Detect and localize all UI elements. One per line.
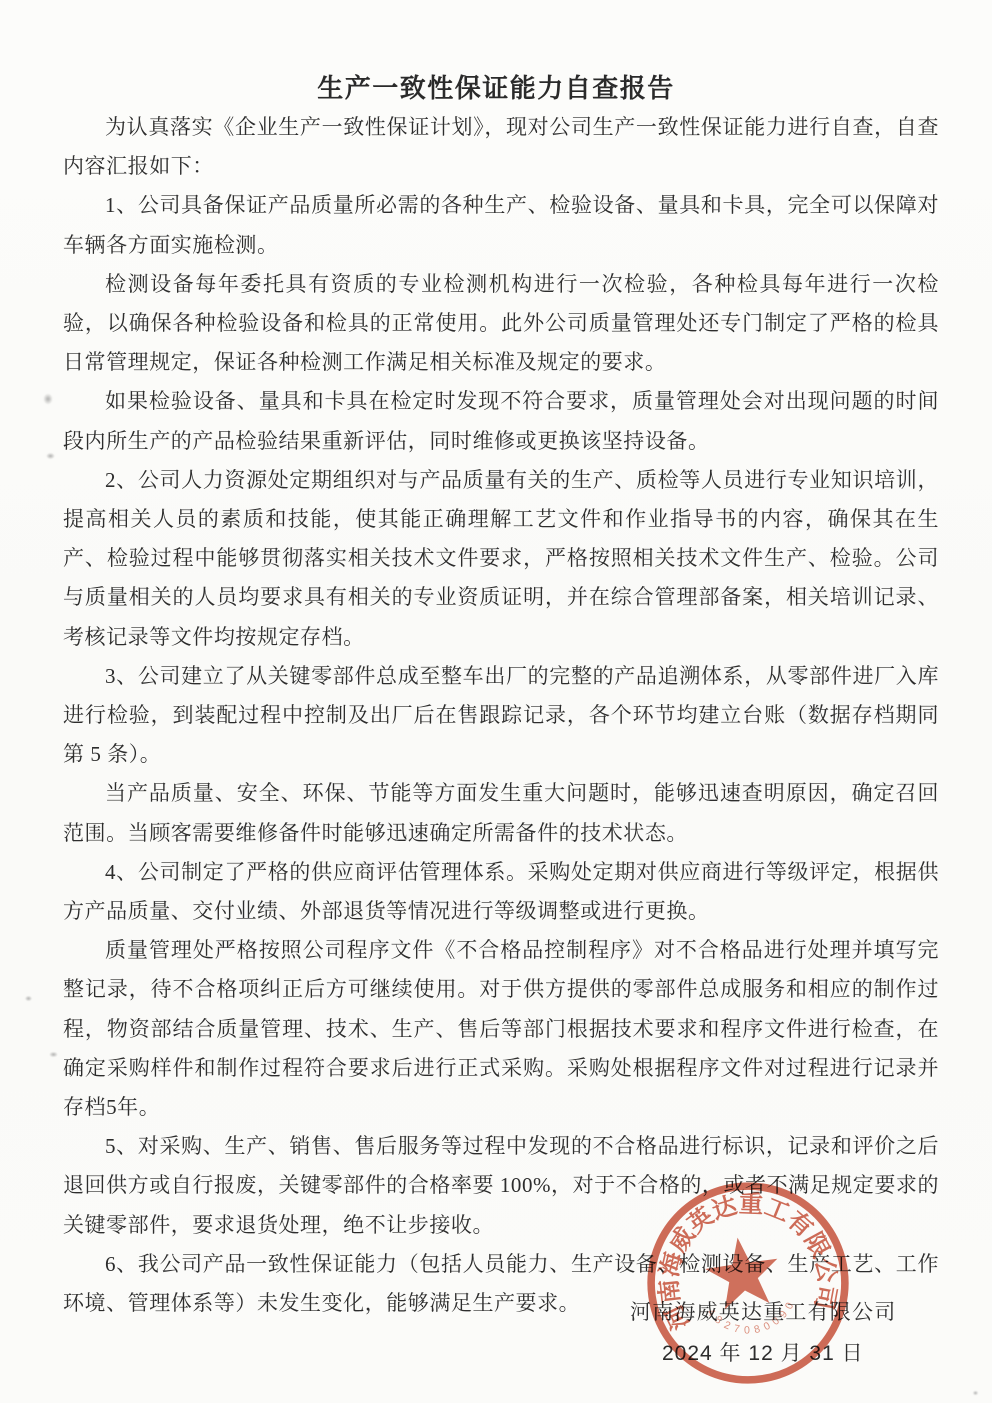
scan-smudge bbox=[972, 1390, 979, 1396]
scan-smudge bbox=[42, 392, 54, 406]
document-title: 生产一致性保证能力自查报告 bbox=[0, 68, 992, 105]
paragraph-item-5: 5、对采购、生产、销售、售后服务等过程中发现的不合格品进行标识，记录和评价之后退… bbox=[63, 1127, 939, 1245]
signature-date: 2024 年 12 月 31 日 bbox=[662, 1337, 864, 1367]
paragraph-item-1b: 如果检验设备、量具和卡具在检定时发现不符合要求，质量管理处会对出现问题的时间段内… bbox=[63, 382, 939, 460]
paragraph-item-3a: 当产品质量、安全、环保、节能等方面发生重大问题时，能够迅速查明原因，确定召回范围… bbox=[63, 774, 939, 852]
scan-smudge bbox=[24, 995, 33, 1002]
paragraph-item-1: 1、公司具备保证产品质量所必需的各种生产、检验设备、量具和卡具，完全可以保障对车… bbox=[63, 186, 939, 264]
scan-smudge bbox=[48, 1051, 59, 1058]
paragraph-item-3: 3、公司建立了从关键零部件总成至整车出厂的完整的产品追溯体系，从零部件进厂入库进… bbox=[63, 657, 939, 775]
paragraph-item-1a: 检测设备每年委托具有资质的专业检测机构进行一次检验，各种检具每年进行一次检验，以… bbox=[63, 265, 939, 383]
paragraph-intro: 为认真落实《企业生产一致性保证计划》，现对公司生产一致性保证能力进行自查，自查内… bbox=[63, 108, 939, 186]
paragraph-item-4: 4、公司制定了严格的供应商评估管理体系。采购处定期对供应商进行等级评定，根据供方… bbox=[63, 853, 939, 931]
document-page: 生产一致性保证能力自查报告 为认真落实《企业生产一致性保证计划》，现对公司生产一… bbox=[0, 0, 992, 1403]
paragraph-item-4a: 质量管理处严格按照公司程序文件《不合格品控制程序》对不合格品进行处理并填写完整记… bbox=[63, 931, 939, 1127]
signature-company-name: 河南海威英达重工有限公司 bbox=[630, 1296, 896, 1326]
paragraph-item-2: 2、公司人力资源处定期组织对与产品质量有关的生产、质检等人员进行专业知识培训，提… bbox=[63, 461, 939, 657]
document-body: 为认真落实《企业生产一致性保证计划》，现对公司生产一致性保证能力进行自查，自查内… bbox=[63, 108, 939, 1323]
scan-smudge bbox=[45, 452, 56, 460]
